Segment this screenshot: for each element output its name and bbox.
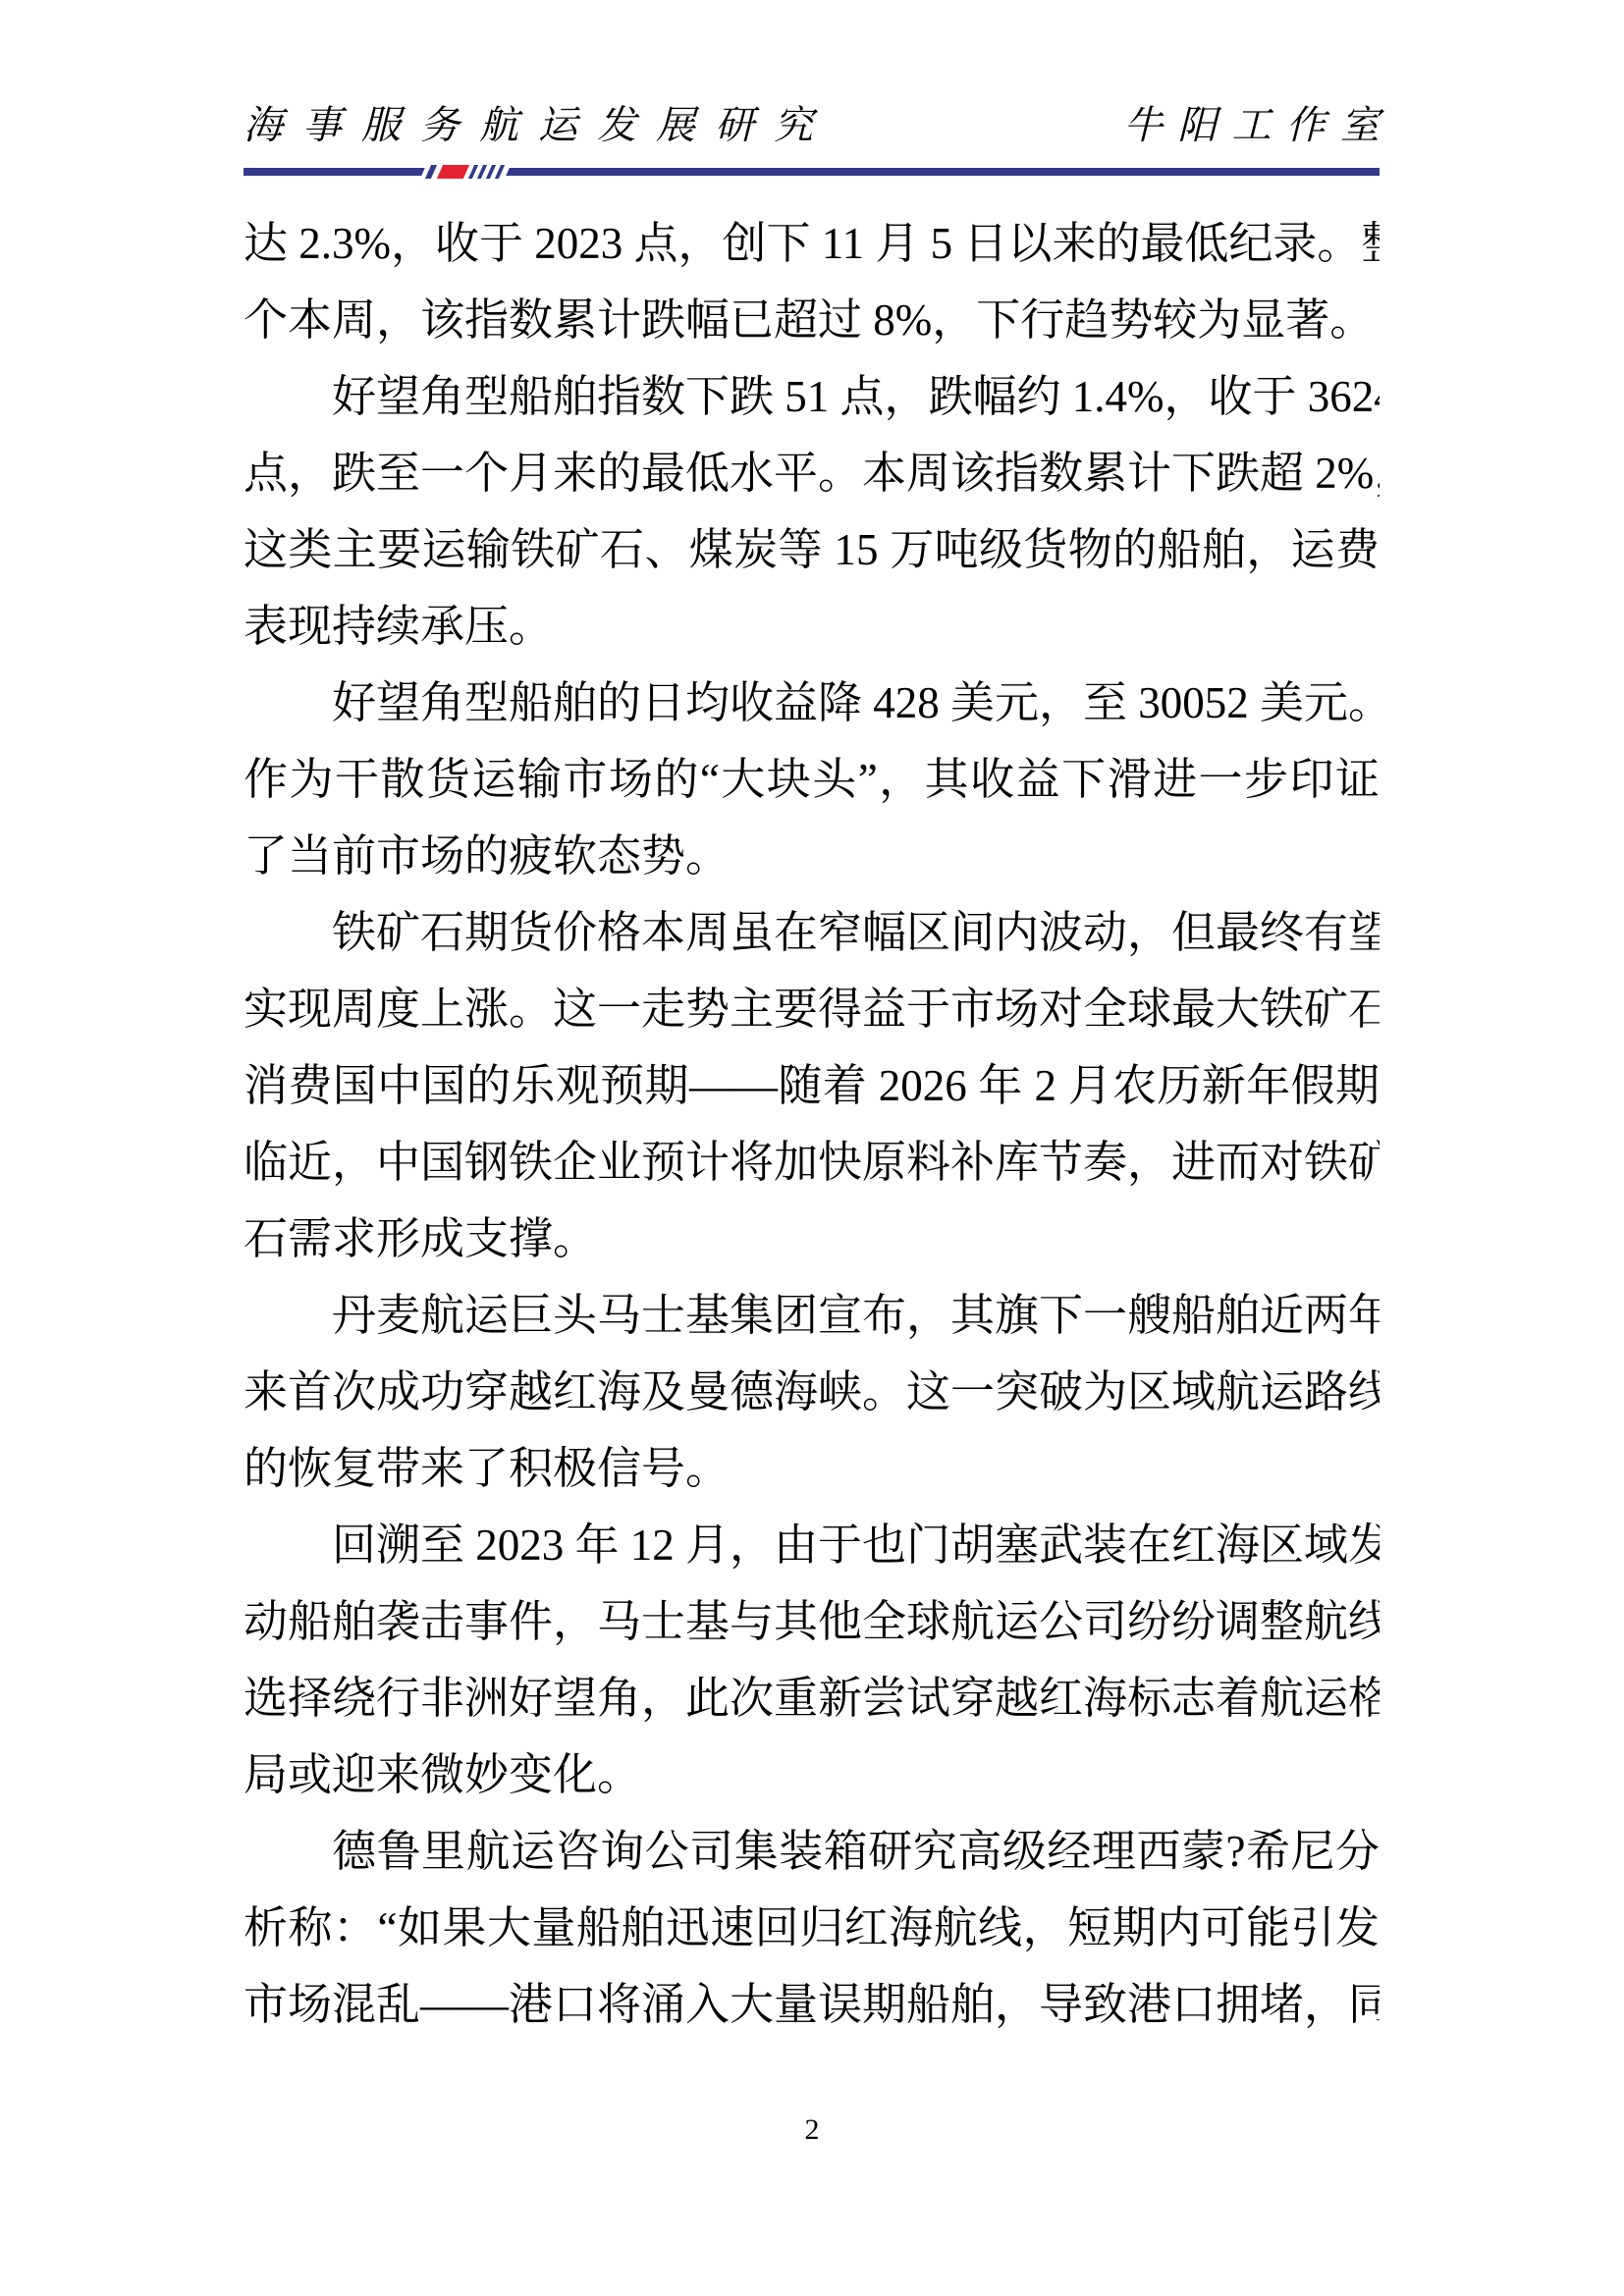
- text-line: 铁矿石期货价格本周虽在窄幅区间内波动，但最终有望: [244, 894, 1380, 971]
- text-line: 析称：“如果大量船舶迅速回归红海航线，短期内可能引发: [244, 1890, 1380, 1966]
- page-header: 海事服务航运发展研究 牛阳工作室: [244, 94, 1380, 176]
- document-page: 海事服务航运发展研究 牛阳工作室 达 2.3%，收于 2023 点，创下 11 …: [0, 0, 1624, 2296]
- header-rule: [244, 168, 1380, 176]
- text-line: 个本周，该指数累计跌幅已超过 8%，下行趋势较为显著。: [244, 282, 1380, 358]
- text-line: 消费国中国的乐观预期——随着 2026 年 2 月农历新年假期: [244, 1047, 1380, 1124]
- page-number: 2: [805, 2113, 820, 2146]
- text-line: 局或迎来微妙变化。: [244, 1736, 1380, 1813]
- accent-navy-stripe: [495, 165, 505, 179]
- text-line: 好望角型船舶的日均收益降 428 美元，至 30052 美元。: [244, 665, 1380, 741]
- text-line: 选择绕行非洲好望角，此次重新尝试穿越红海标志着航运格: [244, 1660, 1380, 1736]
- header-titles: 海事服务航运发展研究 牛阳工作室: [244, 94, 1380, 157]
- text-line: 市场混乱——港口将涌入大量误期船舶，导致港口拥堵，同: [244, 1966, 1380, 2043]
- accent-navy-stripe: [425, 165, 437, 179]
- text-line: 回溯至 2023 年 12 月，由于也门胡塞武装在红海区域发: [244, 1507, 1380, 1583]
- text-line: 达 2.3%，收于 2023 点，创下 11 月 5 日以来的最低纪录。整: [244, 205, 1380, 282]
- text-line: 点，跌至一个月来的最低水平。本周该指数累计下跌超 2%，: [244, 435, 1380, 511]
- text-line: 了当前市场的疲软态势。: [244, 818, 1380, 894]
- text-line: 作为干散货运输市场的“大块头”，其收益下滑进一步印证: [244, 741, 1380, 818]
- header-left-title: 海事服务航运发展研究: [244, 94, 833, 157]
- text-line: 来首次成功穿越红海及曼德海峡。这一突破为区域航运路线: [244, 1354, 1380, 1430]
- text-line: 这类主要运输铁矿石、煤炭等 15 万吨级货物的船舶，运费: [244, 511, 1380, 588]
- text-line: 实现周度上涨。这一走势主要得益于市场对全球最大铁矿石: [244, 971, 1380, 1047]
- text-line: 动船舶袭击事件，马士基与其他全球航运公司纷纷调整航线，: [244, 1583, 1380, 1660]
- document-body: 达 2.3%，收于 2023 点，创下 11 月 5 日以来的最低纪录。整个本周…: [244, 205, 1380, 2043]
- text-line: 临近，中国钢铁企业预计将加快原料补库节奏，进而对铁矿: [244, 1124, 1380, 1201]
- accent-red-stripe: [437, 165, 469, 179]
- text-line: 表现持续承压。: [244, 588, 1380, 665]
- header-rule-accent: [420, 165, 511, 179]
- text-line: 德鲁里航运咨询公司集装箱研究高级经理西蒙?希尼分: [244, 1813, 1380, 1890]
- text-line: 的恢复带来了积极信号。: [244, 1430, 1380, 1507]
- header-right-title: 牛阳工作室: [1123, 94, 1394, 157]
- text-line: 丹麦航运巨头马士基集团宣布，其旗下一艘船舶近两年: [244, 1277, 1380, 1354]
- text-line: 石需求形成支撑。: [244, 1201, 1380, 1277]
- page-footer: 2: [0, 2109, 1624, 2152]
- text-line: 好望角型船舶指数下跌 51 点，跌幅约 1.4%，收于 3624: [244, 358, 1380, 435]
